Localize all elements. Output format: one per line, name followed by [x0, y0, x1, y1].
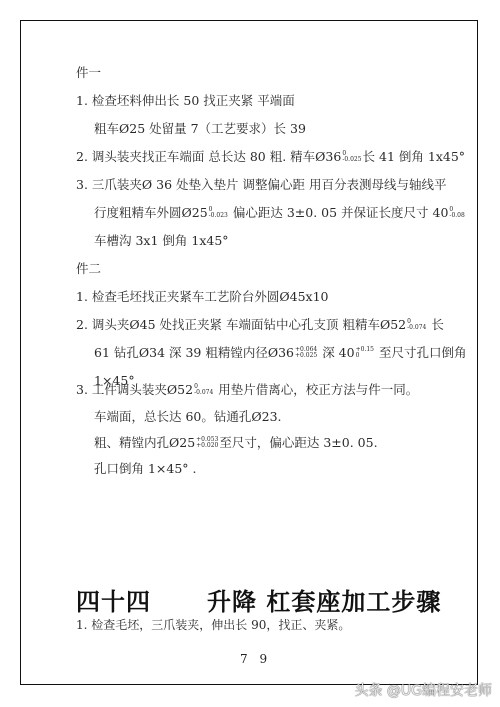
text: 长 41 倒角 1x45° [363, 149, 465, 164]
text: 3. 工件调头装夹Ø52 [76, 382, 193, 397]
text: 61 钻孔Ø34 深 39 粗精镗内径Ø36 [94, 345, 294, 360]
tolerance: 0-0.074 [407, 319, 426, 331]
text: 2. 调头装夹找正车端面 总长达 80 粗. 精车Ø36 [76, 149, 341, 164]
text: 2. 调头夹Ø45 处找正夹紧 车端面钻中心孔支顶 粗精车Ø52 [76, 317, 406, 332]
part2-step3: 3. 工件调头装夹Ø520-0.074 用垫片借离心，校正方法与件一同。 [76, 382, 418, 398]
tolerance: 0-0.08 [449, 207, 464, 219]
tolerance: +0.150 [356, 347, 374, 359]
text: 用垫片借离心，校正方法与件一同。 [214, 382, 418, 397]
part1-step3-line3: 车槽沟 3x1 倒角 1x45° [94, 233, 229, 249]
text: 粗、精镗内孔Ø25 [94, 435, 195, 450]
part1-step1-detail: 粗车Ø25 处留量 7（工艺要求）长 39 [94, 121, 306, 137]
document-body: 件一 1. 检查坯料伸出长 50 找正夹紧 平端面 粗车Ø25 处留量 7（工艺… [0, 0, 500, 707]
part2-step3-line4: 孔口倒角 1×45° . [94, 461, 197, 477]
text: 长 [427, 317, 443, 332]
tolerance: 0-0.025 [342, 151, 361, 163]
part1-title: 件一 [76, 65, 101, 81]
section-number: 四十四 [76, 587, 151, 616]
part2-step3-line2: 车端面，总长达 60。钻通孔Ø23. [94, 409, 282, 425]
tolerance: +0.064+0.025 [295, 347, 317, 359]
part1-step3: 3. 三爪装夹Ø 36 处垫入垫片 调整偏心距 用百分表测母线与轴线平 [76, 177, 446, 193]
text: 深 40 [318, 345, 354, 360]
tolerance: 0-0.074 [194, 384, 213, 396]
part2-step1: 1. 检查毛坯找正夹紧车工艺阶台外圆Ø45x10 [76, 289, 329, 305]
text: 至尺寸，偏心距达 3±0. 05. [219, 435, 377, 450]
part2-step3-line3: 粗、精镗内孔Ø25+0.053+0.020至尺寸，偏心距达 3±0. 05. [94, 435, 378, 451]
tolerance: 0-0.023 [209, 207, 228, 219]
part1-step1: 1. 检查坯料伸出长 50 找正夹紧 平端面 [76, 93, 295, 109]
watermark: 头条 @UG编程安老师 [354, 680, 492, 700]
section-title: 升降 杠套座加工步骤 [207, 587, 441, 616]
page-number: 7 9 [240, 652, 271, 666]
text: 偏心距达 3±0. 05 并保证长度尺寸 40 [229, 205, 449, 220]
part2-step2-line2: 61 钻孔Ø34 深 39 粗精镗内径Ø36+0.064+0.025 深 40+… [94, 345, 466, 361]
part1-step3-line2: 行度粗精车外圆Ø250-0.023 偏心距达 3±0. 05 并保证长度尺寸 4… [94, 205, 466, 221]
part2-title: 件二 [76, 261, 101, 277]
text: 至尺寸孔口倒角 [375, 345, 466, 360]
part1-step2: 2. 调头装夹找正车端面 总长达 80 粗. 精车Ø360-0.025长 41 … [76, 149, 465, 165]
text: 行度粗精车外圆Ø25 [94, 205, 208, 220]
section44-step1: 1. 检查毛坯，三爪装夹，伸出长 90，找正、夹紧。 [76, 617, 350, 633]
tolerance: +0.053+0.020 [196, 437, 218, 449]
part2-step2: 2. 调头夹Ø45 处找正夹紧 车端面钻中心孔支顶 粗精车Ø520-0.074 … [76, 317, 444, 333]
section-heading: 四十四升降 杠套座加工步骤 [76, 582, 441, 617]
